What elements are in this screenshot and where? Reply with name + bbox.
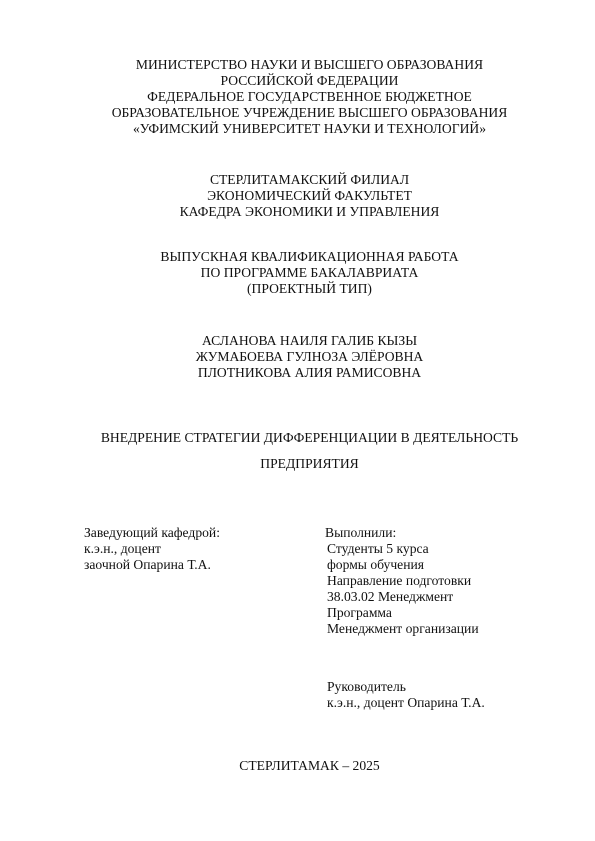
city-year-text: СТЕРЛИТАМАК – 2025 [12, 758, 595, 774]
head-degree: к.э.н., доцент [84, 541, 220, 557]
supervisor-name: к.э.н., доцент Опарина Т.А. [327, 695, 485, 711]
authors: АСЛАНОВА НАИЛЯ ГАЛИБ КЫЗЫ ЖУМАБОЕВА ГУЛН… [12, 333, 595, 381]
performers: Выполнили: Студенты 5 курса формы обучен… [325, 525, 479, 637]
head-name: заочной Опарина Т.А. [84, 557, 220, 573]
performers-line: Студенты 5 курса [325, 541, 479, 557]
head-of-department: Заведующий кафедрой: к.э.н., доцент заоч… [84, 525, 220, 573]
branch-name: СТЕРЛИТАМАКСКИЙ ФИЛИАЛ [12, 172, 595, 188]
ministry-header: МИНИСТЕРСТВО НАУКИ И ВЫСШЕГО ОБРАЗОВАНИЯ… [12, 57, 595, 137]
performers-line: Направление подготовки [325, 573, 479, 589]
performers-line: Менеджмент организации [325, 621, 479, 637]
performers-line: Программа [325, 605, 479, 621]
title-page: МИНИСТЕРСТВО НАУКИ И ВЫСШЕГО ОБРАЗОВАНИЯ… [0, 0, 595, 841]
ministry-line: МИНИСТЕРСТВО НАУКИ И ВЫСШЕГО ОБРАЗОВАНИЯ [12, 57, 595, 73]
branch-header: СТЕРЛИТАМАКСКИЙ ФИЛИАЛ ЭКОНОМИЧЕСКИЙ ФАК… [12, 172, 595, 220]
author-name: ПЛОТНИКОВА АЛИЯ РАМИСОВНА [12, 365, 595, 381]
work-type-line: (ПРОЕКТНЫЙ ТИП) [12, 281, 595, 297]
supervisor-label: Руководитель [327, 679, 485, 695]
work-type: ВЫПУСКНАЯ КВАЛИФИКАЦИОННАЯ РАБОТА ПО ПРО… [12, 249, 595, 297]
thesis-title-line: ПРЕДПРИЯТИЯ [12, 451, 595, 477]
head-label: Заведующий кафедрой: [84, 525, 220, 541]
performers-line: 38.03.02 Менеджмент [325, 589, 479, 605]
ministry-line: ОБРАЗОВАТЕЛЬНОЕ УЧРЕЖДЕНИЕ ВЫСШЕГО ОБРАЗ… [12, 105, 595, 121]
performers-heading: Выполнили: [325, 525, 479, 541]
supervisor: Руководитель к.э.н., доцент Опарина Т.А. [327, 679, 485, 711]
faculty-name: ЭКОНОМИЧЕСКИЙ ФАКУЛЬТЕТ [12, 188, 595, 204]
author-name: АСЛАНОВА НАИЛЯ ГАЛИБ КЫЗЫ [12, 333, 595, 349]
city-year: СТЕРЛИТАМАК – 2025 [12, 758, 595, 774]
work-type-line: ПО ПРОГРАММЕ БАКАЛАВРИАТА [12, 265, 595, 281]
university-name: «УФИМСКИЙ УНИВЕРСИТЕТ НАУКИ И ТЕХНОЛОГИЙ… [12, 121, 595, 137]
thesis-title: ВНЕДРЕНИЕ СТРАТЕГИИ ДИФФЕРЕНЦИАЦИИ В ДЕЯ… [12, 425, 595, 477]
department-name: КАФЕДРА ЭКОНОМИКИ И УПРАВЛЕНИЯ [12, 204, 595, 220]
thesis-title-line: ВНЕДРЕНИЕ СТРАТЕГИИ ДИФФЕРЕНЦИАЦИИ В ДЕЯ… [12, 425, 595, 451]
ministry-line: ФЕДЕРАЛЬНОЕ ГОСУДАРСТВЕННОЕ БЮДЖЕТНОЕ [12, 89, 595, 105]
performers-line: формы обучения [325, 557, 479, 573]
work-type-line: ВЫПУСКНАЯ КВАЛИФИКАЦИОННАЯ РАБОТА [12, 249, 595, 265]
author-name: ЖУМАБОЕВА ГУЛНОЗА ЭЛЁРОВНА [12, 349, 595, 365]
ministry-line: РОССИЙСКОЙ ФЕДЕРАЦИИ [12, 73, 595, 89]
